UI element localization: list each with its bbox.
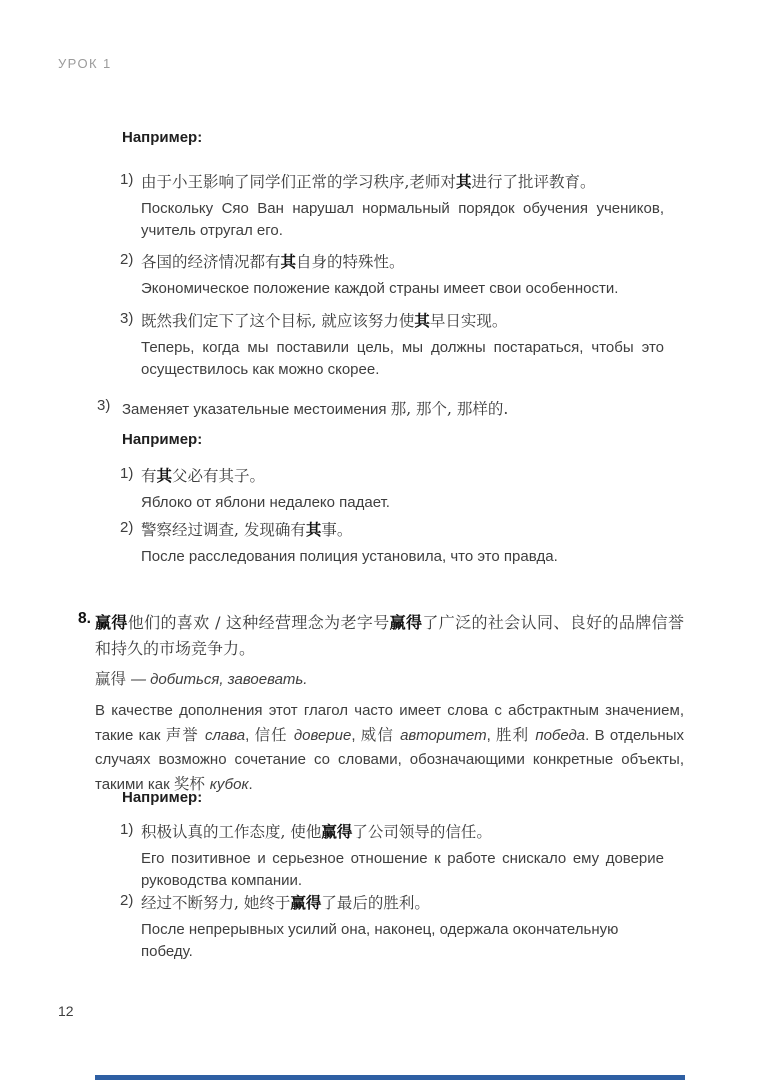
ru-italic-word: победа [535, 727, 585, 744]
zh-text: 有 [141, 467, 157, 485]
point-text: Заменяет указательные местоимения 那, 那个,… [122, 397, 508, 419]
example-number: 2) [120, 251, 141, 300]
zh-text: 他们的喜欢 / 这种经营理念为老字号 [128, 613, 390, 632]
zh-bold-keyword: 其 [157, 466, 173, 485]
zh-bold-headword: 赢得 [390, 613, 423, 632]
example-number: 2) [120, 519, 141, 568]
running-head-lesson: УРОК 1 [58, 56, 112, 71]
zh-bold-keyword: 其 [456, 172, 472, 191]
example-number: 2) [120, 892, 141, 963]
chinese-sentence: 既然我们定下了这个目标, 就应该努力使其早日实现。 [141, 310, 664, 332]
bottom-accent-bar [95, 1075, 685, 1080]
zh-word: 声誉 [166, 726, 205, 744]
example-number: 1) [120, 465, 141, 514]
example-item: 2) 警察经过调查, 发现确有其事。 После расследования п… [120, 519, 664, 568]
russian-translation: Яблоко от яблони недалеко падает. [141, 492, 664, 514]
chinese-sentence: 经过不断努力, 她终于赢得了最后的胜利。 [141, 892, 664, 914]
zh-text: 既然我们定下了这个目标, 就应该努力使 [141, 312, 414, 330]
zh-word: 信任 [255, 726, 294, 744]
entry-title-sentence: 赢得他们的喜欢 / 这种经营理念为老字号赢得了广泛的社会认同、良好的品牌信誉和持… [95, 610, 684, 662]
ru-italic-word: слава [205, 727, 245, 744]
zh-bold-keyword: 其 [414, 311, 430, 330]
russian-translation: Поскольку Сяо Ван нарушал нормальный пор… [141, 198, 664, 242]
russian-translation: После расследования полиция установила, … [141, 546, 664, 568]
chinese-sentence: 警察经过调查, 发现确有其事。 [141, 519, 664, 541]
example-item: 3) 既然我们定下了这个目标, 就应该努力使其早日实现。 Теперь, ког… [120, 310, 664, 381]
chinese-sentence: 积极认真的工作态度, 使他赢得了公司领导的信任。 [141, 821, 664, 843]
example-item: 1) 积极认真的工作态度, 使他赢得了公司领导的信任。 Его позитивн… [120, 821, 664, 892]
zh-text: 了最后的胜利。 [321, 894, 430, 912]
russian-translation: Его позитивное и серьезное отношение к р… [141, 848, 664, 892]
russian-translation: Теперь, когда мы поставили цель, мы долж… [141, 337, 664, 381]
example-item: 1) 有其父必有其子。 Яблоко от яблони недалеко па… [120, 465, 664, 514]
chinese-sentence: 各国的经济情况都有其自身的特殊性。 [141, 251, 664, 273]
zh-bold-keyword: 赢得 [290, 893, 321, 912]
ru-italic-word: авторитет [400, 727, 487, 744]
zh-text: 了公司领导的信任。 [352, 823, 492, 841]
zh-text: 经过不断努力, 她终于 [141, 894, 290, 912]
ru-text: , [487, 727, 496, 744]
russian-translation: После непрерывных усилий она, наконец, о… [141, 919, 664, 963]
zh-text: 父必有其子。 [172, 467, 265, 485]
zh-text: 警察经过调查, 发现确有 [141, 521, 306, 539]
usage-description: В качестве дополнения этот глагол часто … [95, 699, 684, 797]
example-number: 1) [120, 171, 141, 242]
zh-text: 自身的特殊性。 [296, 253, 405, 271]
for-example-label: Например: [122, 789, 202, 806]
zh-text: 那, 那个, 那样的. [391, 400, 509, 418]
gloss-line: 赢得 — добиться, завоевать. [95, 667, 307, 689]
ru-text: , [245, 727, 254, 744]
zh-word: 威信 [361, 726, 400, 744]
point-number: 3) [97, 397, 122, 419]
entry-number: 8. [78, 610, 95, 662]
zh-text: 进行了批评教育。 [471, 173, 595, 191]
usage-point: 3) Заменяет указательные местоимения 那, … [97, 397, 682, 419]
ru-text: Заменяет указательные местоимения [122, 401, 391, 418]
zh-text: 早日实现。 [430, 312, 508, 330]
zh-bold-keyword: 其 [306, 520, 322, 539]
zh-text: 由于小王影响了同学们正常的学习秩序,老师对 [141, 173, 456, 191]
page-number: 12 [58, 1003, 74, 1019]
for-example-label: Например: [122, 431, 202, 448]
zh-headword: 赢得 [95, 670, 131, 688]
zh-bold-keyword: 其 [281, 252, 297, 271]
example-number: 3) [120, 310, 141, 381]
zh-text: 积极认真的工作态度, 使他 [141, 823, 321, 841]
ru-italic-word: доверие [294, 727, 352, 744]
ru-text: , [351, 727, 360, 744]
example-item: 2) 各国的经济情况都有其自身的特殊性。 Экономическое полож… [120, 251, 664, 300]
example-item: 1) 由于小王影响了同学们正常的学习秩序,老师对其进行了批评教育。 Поскол… [120, 171, 664, 242]
zh-text: 事。 [321, 521, 352, 539]
chinese-sentence: 有其父必有其子。 [141, 465, 664, 487]
zh-bold-keyword: 赢得 [321, 822, 352, 841]
russian-gloss: — добиться, завоевать. [131, 671, 308, 688]
ru-italic-word: кубок [210, 776, 249, 793]
russian-translation: Экономическое положение каждой страны им… [141, 278, 664, 300]
chinese-sentence: 由于小王影响了同学们正常的学习秩序,老师对其进行了批评教育。 [141, 171, 664, 193]
zh-text: 各国的经济情况都有 [141, 253, 281, 271]
vocabulary-entry-8: 8. 赢得他们的喜欢 / 这种经营理念为老字号赢得了广泛的社会认同、良好的品牌信… [78, 610, 684, 662]
for-example-label: Например: [122, 129, 202, 146]
zh-word: 胜利 [496, 726, 535, 744]
example-number: 1) [120, 821, 141, 892]
zh-bold-headword: 赢得 [95, 613, 128, 632]
example-item: 2) 经过不断努力, 她终于赢得了最后的胜利。 После непрерывны… [120, 892, 664, 963]
ru-text: . [249, 776, 253, 793]
